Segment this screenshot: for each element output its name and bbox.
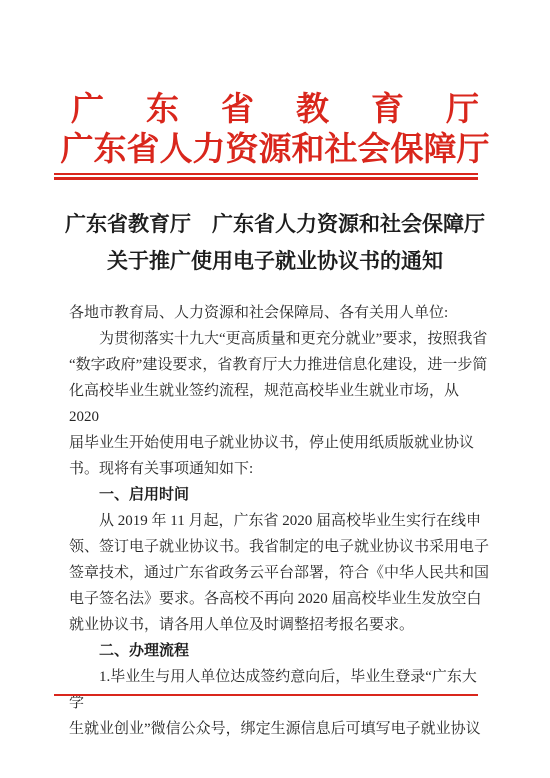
paragraph-section-2: 1.毕业生与用人单位达成签约意向后，毕业生登录“广东大学 生就业创业”微信公众号…: [69, 664, 489, 742]
paragraph-intro: 为贯彻落实十九大“更高质量和更充分就业”要求，按照我省 “数字政府”建设要求，省…: [69, 326, 489, 482]
agency-header: 广东省教育厅 广东省人力资源和社会保障厅: [0, 90, 550, 170]
document-page: 广东省教育厅 广东省人力资源和社会保障厅 广东省教育厅 广东省人力资源和社会保障…: [0, 0, 550, 778]
agency-name-line2: 广东省人力资源和社会保障厅: [0, 131, 550, 170]
header-double-rule: [54, 173, 478, 180]
agency-name-line1: 广东省教育厅: [0, 90, 550, 131]
page-bottom-rule: [54, 694, 478, 696]
section-heading-2: 二、办理流程: [69, 638, 489, 664]
section-heading-1: 一、启用时间: [69, 482, 489, 508]
document-body: 各地市教育局、人力资源和社会保障局、各有关用人单位: 为贯彻落实十九大“更高质量…: [69, 300, 489, 742]
document-title: 广东省教育厅 广东省人力资源和社会保障厅 关于推广使用电子就业协议书的通知: [0, 206, 550, 280]
paragraph-section-1: 从 2019 年 11 月起，广东省 2020 届高校毕业生实行在线申 领、签订…: [69, 508, 489, 638]
salutation-line: 各地市教育局、人力资源和社会保障局、各有关用人单位:: [69, 300, 489, 326]
